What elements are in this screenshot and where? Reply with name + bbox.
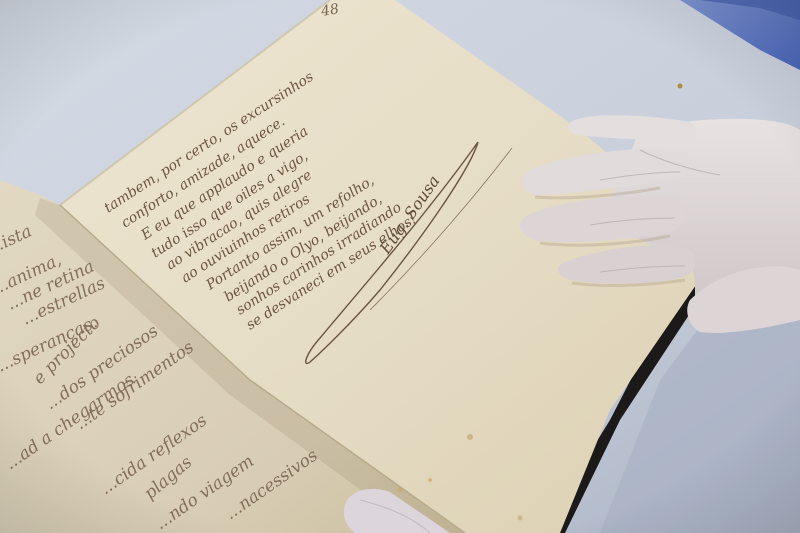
manuscript-photo: 48 tambem, por certo, os excursinhos con… — [0, 0, 800, 533]
page-number: 48 — [319, 1, 340, 20]
